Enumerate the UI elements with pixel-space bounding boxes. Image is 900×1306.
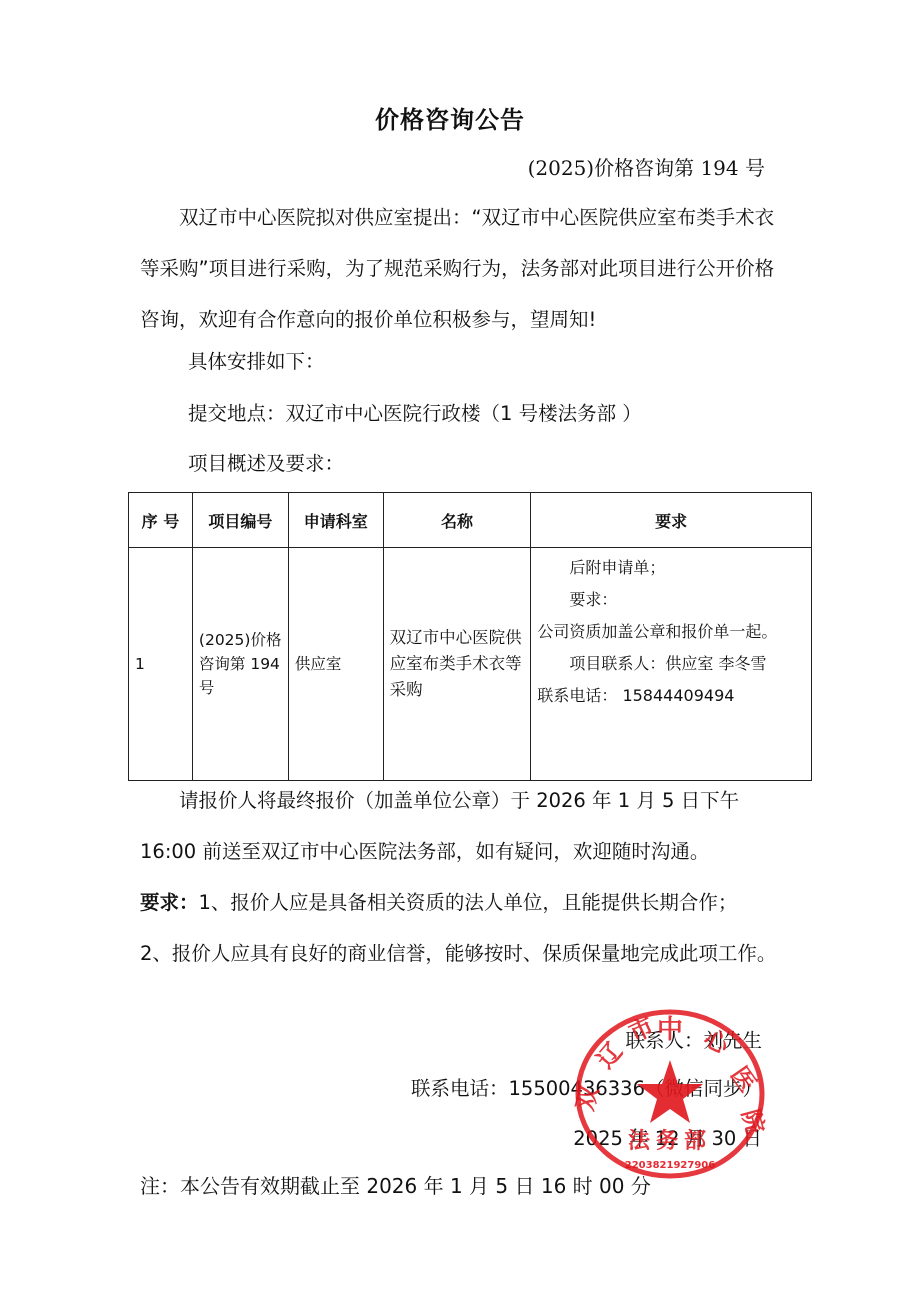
signature-phone: 联系电话：15500436336（微信同步） (411, 1073, 762, 1101)
deadline-paragraph: 请报价人将最终报价（加盖单位公章）于 2026 年 1 月 5 日下午 16:0… (140, 775, 780, 877)
cell-requirements: 后附申请单； 要求： 公司资质加盖公章和报价单一起。 项目联系人：供应室 李冬雪… (531, 548, 812, 781)
requirements-label: 要求： (140, 891, 199, 914)
cell-index: 1 (129, 548, 193, 781)
requirements-block: 要求：1、报价人应是具备相关资质的法人单位，且能提供长期合作； 2、报价人应具有… (140, 877, 780, 979)
requirement-item-1: 1、报价人应是具备相关资质的法人单位，且能提供长期合作； (199, 891, 738, 914)
req-phone: 联系电话： 15844409494 (537, 680, 805, 712)
requirement-item-2: 2、报价人应具有良好的商业信誉，能够按时、保质保量地完成此项工作。 (140, 942, 776, 965)
document-title: 价格咨询公告 (0, 100, 900, 135)
validity-note: 注：本公告有效期截止至 2026 年 1 月 5 日 16 时 00 分 (140, 1161, 780, 1212)
req-attachment: 后附申请单； (537, 552, 805, 584)
signature-date: 2025 年 12 月 30 日 (573, 1123, 762, 1151)
header-requirements: 要求 (531, 493, 812, 548)
table-row: 1 (2025)价格咨询第 194 号 供应室 双辽市中心医院供应室布类手术衣等… (129, 548, 812, 781)
req-text: 公司资质加盖公章和报价单一起。 (537, 616, 805, 648)
project-table: 序 号 项目编号 申请科室 名称 要求 1 (2025)价格咨询第 194 号 … (128, 492, 812, 781)
header-name: 名称 (383, 493, 531, 548)
submission-location: 提交地点：双辽市中心医院行政楼（1 号楼法务部 ） (188, 398, 642, 426)
header-index: 序 号 (129, 493, 193, 548)
header-project-no: 项目编号 (192, 493, 288, 548)
signature-contact: 联系人：刘先生 (625, 1025, 762, 1053)
document-number: (2025)价格咨询第 194 号 (528, 152, 765, 181)
document-page: 价格咨询公告 (2025)价格咨询第 194 号 双辽市中心医院拟对供应室提出：… (0, 0, 900, 1306)
cell-department: 供应室 (288, 548, 383, 781)
cell-project-no: (2025)价格咨询第 194 号 (192, 548, 288, 781)
header-department: 申请科室 (288, 493, 383, 548)
project-heading: 项目概述及要求： (188, 448, 344, 476)
intro-paragraph: 双辽市中心医院拟对供应室提出：“双辽市中心医院供应室布类手术衣等采购”项目进行采… (140, 192, 780, 345)
svg-text:辽: 辽 (591, 1037, 628, 1073)
req-label: 要求： (537, 584, 805, 616)
arrangement-heading: 具体安排如下： (188, 346, 325, 374)
table-header-row: 序 号 项目编号 申请科室 名称 要求 (129, 493, 812, 548)
req-contact: 项目联系人：供应室 李冬雪 (537, 648, 805, 680)
cell-name: 双辽市中心医院供应室布类手术衣等采购 (383, 548, 531, 781)
